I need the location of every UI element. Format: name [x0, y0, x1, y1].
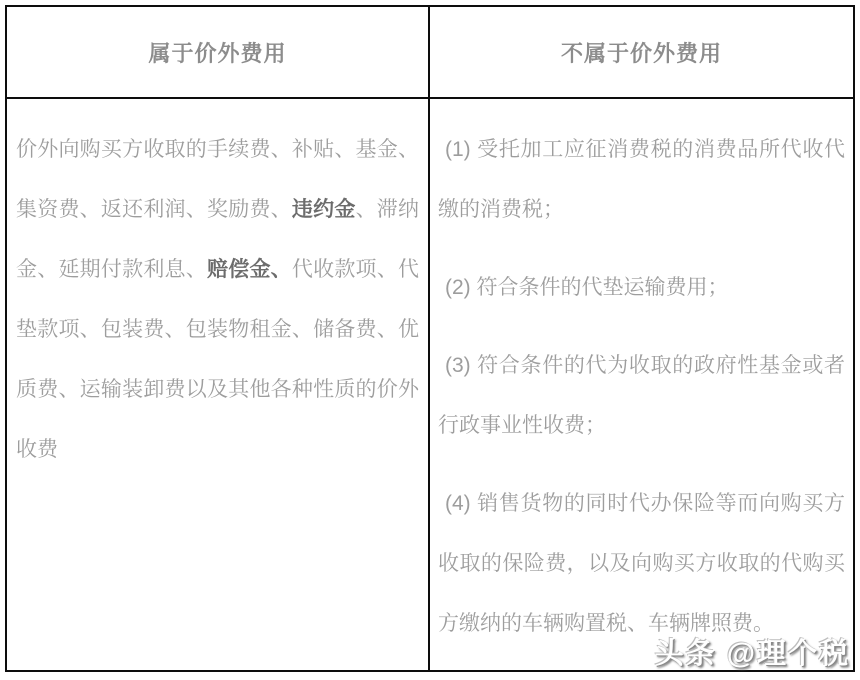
numbered-item-2: (2) 符合条件的代垫运输费用； — [438, 258, 845, 318]
text-line: 集资费、返还利润、奖励费、违约金、滞纳 — [16, 180, 419, 240]
header-label-excluded: 不属于价外费用 — [561, 37, 722, 68]
fee-comparison-table: 属于价外费用 不属于价外费用 价外向购买方收取的手续费、补贴、基金、 集资费、返… — [5, 5, 855, 672]
toutiao-watermark: 头条 @理个税 — [655, 631, 850, 672]
header-cell-excluded: 不属于价外费用 — [430, 7, 853, 97]
text-line: (1) 受托加工应征消费税的消费品所代收代 — [438, 120, 845, 180]
text-line: 价外向购买方收取的手续费、补贴、基金、 — [16, 120, 419, 180]
numbered-item-1: (1) 受托加工应征消费税的消费品所代收代 缴的消费税； — [438, 120, 845, 240]
text-line: 金、延期付款利息、赔偿金、代收款项、代 — [16, 240, 419, 300]
excluded-fees-cell: (1) 受托加工应征消费税的消费品所代收代 缴的消费税； (2) 符合条件的代垫… — [430, 99, 853, 670]
text-line: (3) 符合条件的代为收取的政府性基金或者 — [438, 336, 845, 396]
header-label-included: 属于价外费用 — [148, 37, 286, 68]
highlighted-term: 赔偿金、 — [207, 258, 292, 281]
text-line: 收费 — [16, 420, 419, 480]
text-line: 收取的保险费，以及向购买方收取的代购买 — [438, 534, 845, 594]
text-line: 行政事业性收费； — [438, 396, 845, 456]
text-segment: 代收款项、代 — [292, 258, 419, 281]
included-fees-cell: 价外向购买方收取的手续费、补贴、基金、 集资费、返还利润、奖励费、违约金、滞纳 … — [7, 99, 430, 670]
text-line: 缴的消费税； — [438, 180, 845, 240]
text-segment: 、滞纳 — [356, 198, 419, 221]
text-segment: 集资费、返还利润、奖励费、 — [16, 198, 292, 221]
numbered-item-3: (3) 符合条件的代为收取的政府性基金或者 行政事业性收费； — [438, 336, 845, 456]
text-segment: 垫款项、包装费、包装物租金、储备费、优 — [16, 318, 419, 341]
text-line: (4) 销售货物的同时代办保险等而向购买方 — [438, 474, 845, 534]
highlighted-term: 违约金 — [292, 198, 356, 221]
text-segment: 质费、运输装卸费以及其他各种性质的价外 — [16, 378, 419, 401]
text-segment: 价外向购买方收取的手续费、补贴、基金、 — [16, 138, 419, 161]
text-line: 垫款项、包装费、包装物租金、储备费、优 — [16, 300, 419, 360]
text-line: 质费、运输装卸费以及其他各种性质的价外 — [16, 360, 419, 420]
text-segment: 金、延期付款利息、 — [16, 258, 207, 281]
table-header-row: 属于价外费用 不属于价外费用 — [7, 7, 853, 99]
text-segment: 收费 — [16, 438, 58, 461]
table-body-row: 价外向购买方收取的手续费、补贴、基金、 集资费、返还利润、奖励费、违约金、滞纳 … — [7, 99, 853, 670]
numbered-item-4: (4) 销售货物的同时代办保险等而向购买方 收取的保险费，以及向购买方收取的代购… — [438, 474, 845, 654]
header-cell-included: 属于价外费用 — [7, 7, 430, 97]
text-line: (2) 符合条件的代垫运输费用； — [438, 258, 845, 318]
